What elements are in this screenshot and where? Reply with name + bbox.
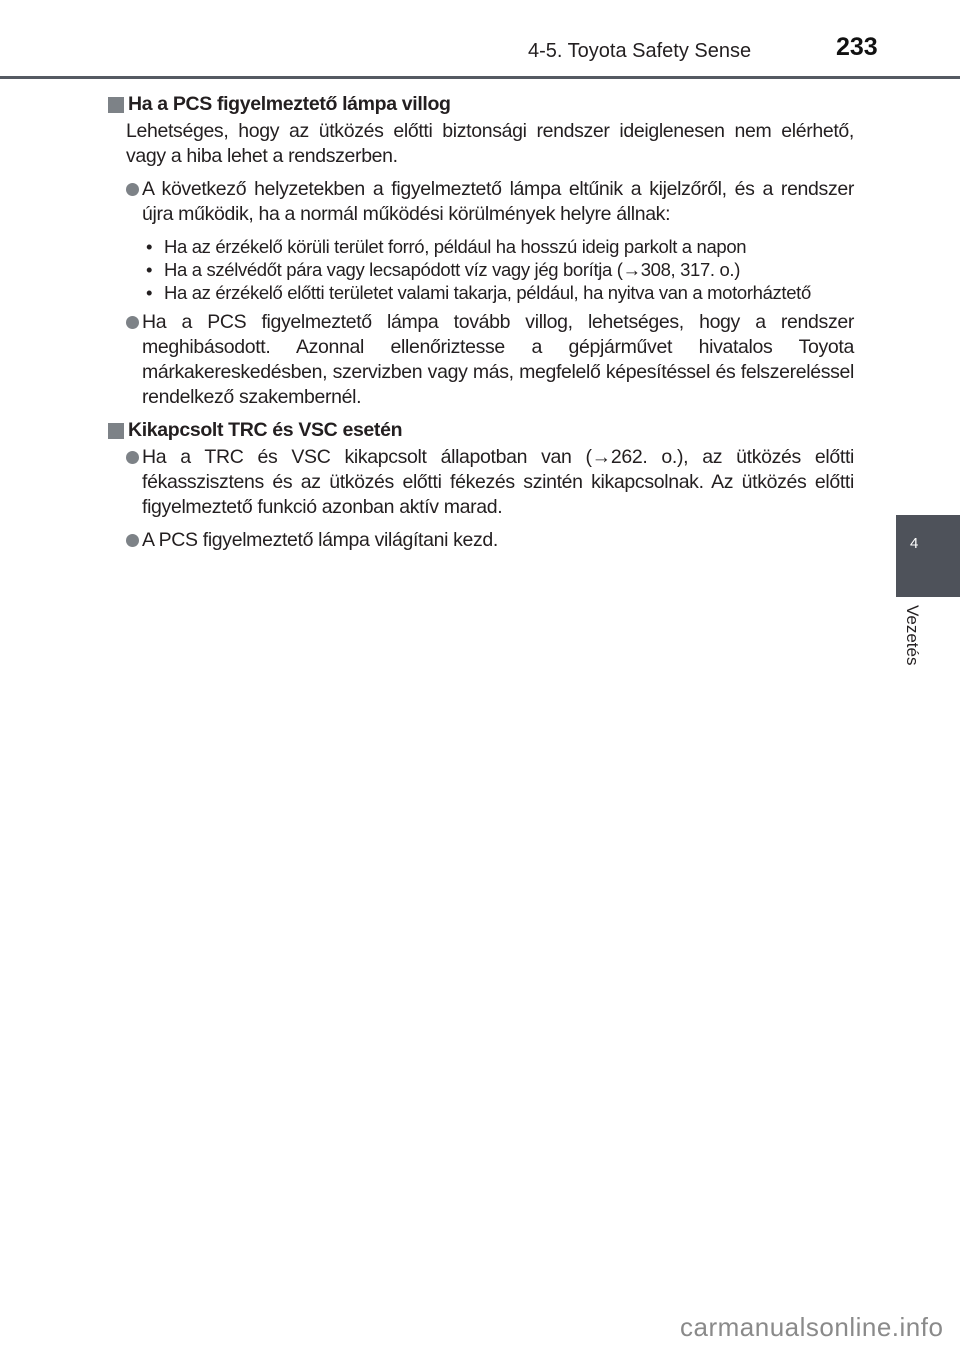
square-bullet-icon bbox=[108, 97, 124, 113]
list-item: Ha a PCS figyelmeztető lámpa tovább vill… bbox=[126, 310, 854, 410]
list-item-text: A PCS figyelmeztető lámpa világítani kez… bbox=[142, 528, 854, 553]
section-intro: Lehetséges, hogy az ütközés előtti bizto… bbox=[126, 119, 854, 169]
section-heading-text: Ha a PCS figyelmeztető lámpa villog bbox=[128, 92, 451, 117]
running-header-title: 4-5. Toyota Safety Sense bbox=[528, 40, 751, 63]
section-heading: Kikapcsolt TRC és VSC esetén bbox=[108, 418, 854, 443]
watermark: carmanualsonline.info bbox=[680, 1312, 943, 1343]
list-item: A PCS figyelmeztető lámpa világítani kez… bbox=[126, 528, 854, 553]
circle-bullet-icon bbox=[126, 316, 139, 329]
chapter-tab: 4 bbox=[896, 515, 960, 597]
sub-bullet-item: • Ha az érzékelő körüli terület forró, p… bbox=[146, 235, 854, 258]
sub-bullet-text: Ha az érzékelő előtti területet valami t… bbox=[164, 281, 854, 304]
page-content: Ha a PCS figyelmeztető lámpa villog Lehe… bbox=[108, 88, 854, 561]
sub-bullet-list: • Ha az érzékelő körüli terület forró, p… bbox=[146, 235, 854, 304]
sub-bullet-item: • Ha a szélvédőt pára vagy lecsapódott v… bbox=[146, 258, 854, 281]
circle-bullet-icon bbox=[126, 451, 139, 464]
list-item-text: A következő helyzetekben a figyelmeztető… bbox=[142, 177, 854, 227]
list-item-text: Ha a TRC és VSC kikapcsolt állapotban va… bbox=[142, 445, 854, 520]
section-heading: Ha a PCS figyelmeztető lámpa villog bbox=[108, 92, 854, 117]
circle-bullet-icon bbox=[126, 183, 139, 196]
bullet-dot-icon: • bbox=[146, 281, 164, 304]
section-trc-vsc-off: Kikapcsolt TRC és VSC esetén Ha a TRC és… bbox=[108, 418, 854, 553]
list-item: A következő helyzetekben a figyelmeztető… bbox=[126, 177, 854, 227]
circle-bullet-icon bbox=[126, 534, 139, 547]
chapter-label: Vezetés bbox=[902, 605, 922, 666]
list-item-text: Ha a PCS figyelmeztető lámpa tovább vill… bbox=[142, 310, 854, 410]
chapter-number: 4 bbox=[910, 535, 918, 552]
sub-bullet-item: • Ha az érzékelő előtti területet valami… bbox=[146, 281, 854, 304]
bullet-dot-icon: • bbox=[146, 258, 164, 281]
bullet-dot-icon: • bbox=[146, 235, 164, 258]
section-heading-text: Kikapcsolt TRC és VSC esetén bbox=[128, 418, 402, 443]
sub-bullet-text: Ha a szélvédőt pára vagy lecsapódott víz… bbox=[164, 258, 854, 281]
header-rule bbox=[0, 76, 960, 79]
square-bullet-icon bbox=[108, 423, 124, 439]
page-number: 233 bbox=[836, 33, 878, 62]
section-pcs-lamp-flashing: Ha a PCS figyelmeztető lámpa villog Lehe… bbox=[108, 92, 854, 410]
sub-bullet-text: Ha az érzékelő körüli terület forró, pél… bbox=[164, 235, 854, 258]
list-item: Ha a TRC és VSC kikapcsolt állapotban va… bbox=[126, 445, 854, 520]
